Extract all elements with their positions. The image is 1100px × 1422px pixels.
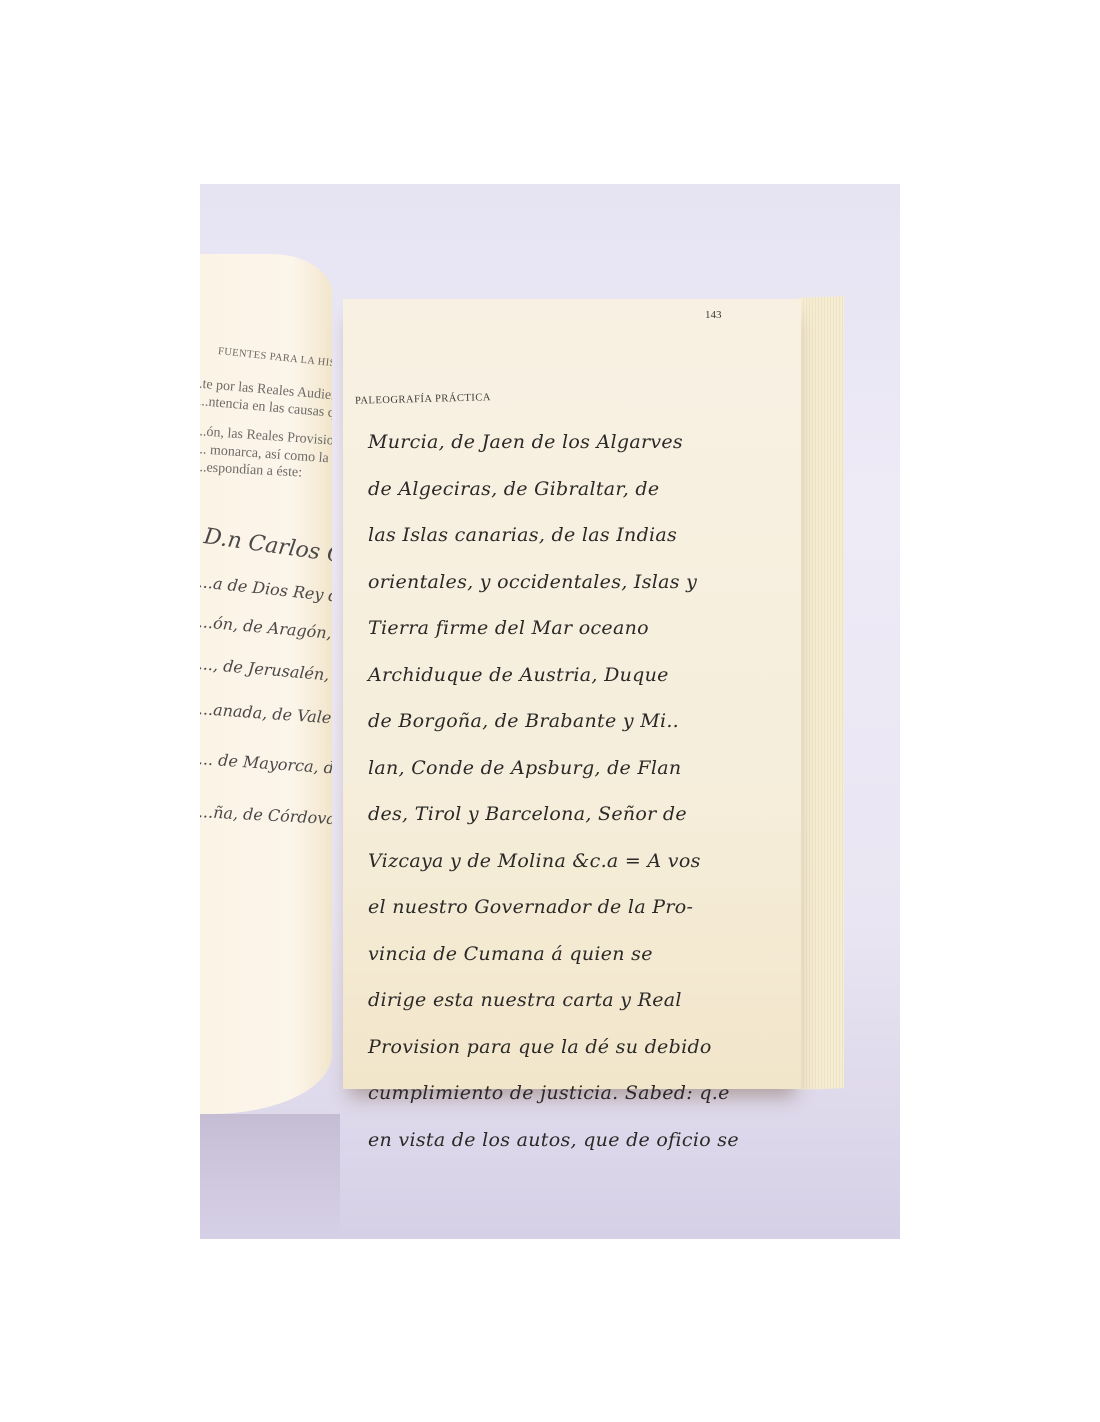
left-handwritten-line: ..., de Jerusalén, de Navarra [200, 654, 332, 693]
left-handwritten-line: ... de Mayorca, de Sevilla, de [200, 749, 332, 784]
script-line: de Algeciras, de Gibraltar, de [368, 466, 728, 513]
left-handwritten-line: ...ña, de Córdova, de Córcega [200, 802, 332, 834]
page-shadow [200, 1114, 340, 1239]
script-line: Archiduque de Austria, Duque [368, 652, 728, 699]
script-line: de Borgoña, de Brabante y Mi.. [368, 698, 728, 745]
script-line: des, Tirol y Barcelona, Señor de [368, 791, 728, 838]
script-line: Murcia, de Jaen de los Algarves [368, 419, 728, 466]
left-handwritten-line: ...ón, de Aragón, de las dos [200, 612, 332, 650]
right-page: PALEOGRAFÍA PRÁCTICA 143 Murcia, de Jaen… [343, 299, 801, 1089]
right-running-head: PALEOGRAFÍA PRÁCTICA [355, 392, 491, 407]
script-line: vincia de Cumana á quien se [368, 931, 728, 978]
script-line: el nuestro Governador de la Pro- [368, 884, 728, 931]
page-number: 143 [705, 309, 722, 321]
left-handwritten-line: ...anada, de Valencia, de G... [200, 699, 332, 734]
script-line: orientales, y occidentales, Islas y [368, 559, 728, 606]
handwritten-text: Murcia, de Jaen de los Algarves de Algec… [368, 419, 728, 1163]
script-line: en vista de los autos, que de oficio se [368, 1117, 728, 1164]
script-line: dirige esta nuestra carta y Real [368, 977, 728, 1024]
left-page: FUENTES PARA LA HISTORIA COLO... ...te p… [200, 254, 332, 1114]
book-photo: FUENTES PARA LA HISTORIA COLO... ...te p… [200, 184, 900, 1239]
script-line: las Islas canarias, de las Indias [368, 512, 728, 559]
left-running-head: FUENTES PARA LA HISTORIA COLO... [217, 346, 332, 377]
left-handwritten-line: ...a de Dios Rey de Castilla [200, 572, 332, 614]
script-line: Vizcaya y de Molina &c.a = A vos [368, 838, 728, 885]
page-edge [798, 296, 844, 1090]
script-line: cumplimiento de justicia. Sabed: q.e [368, 1070, 728, 1117]
script-line: Tierra firme del Mar oceano [368, 605, 728, 652]
script-line: Provision para que la dé su debido [368, 1024, 728, 1071]
script-line: lan, Conde de Apsburg, de Flan [368, 745, 728, 792]
